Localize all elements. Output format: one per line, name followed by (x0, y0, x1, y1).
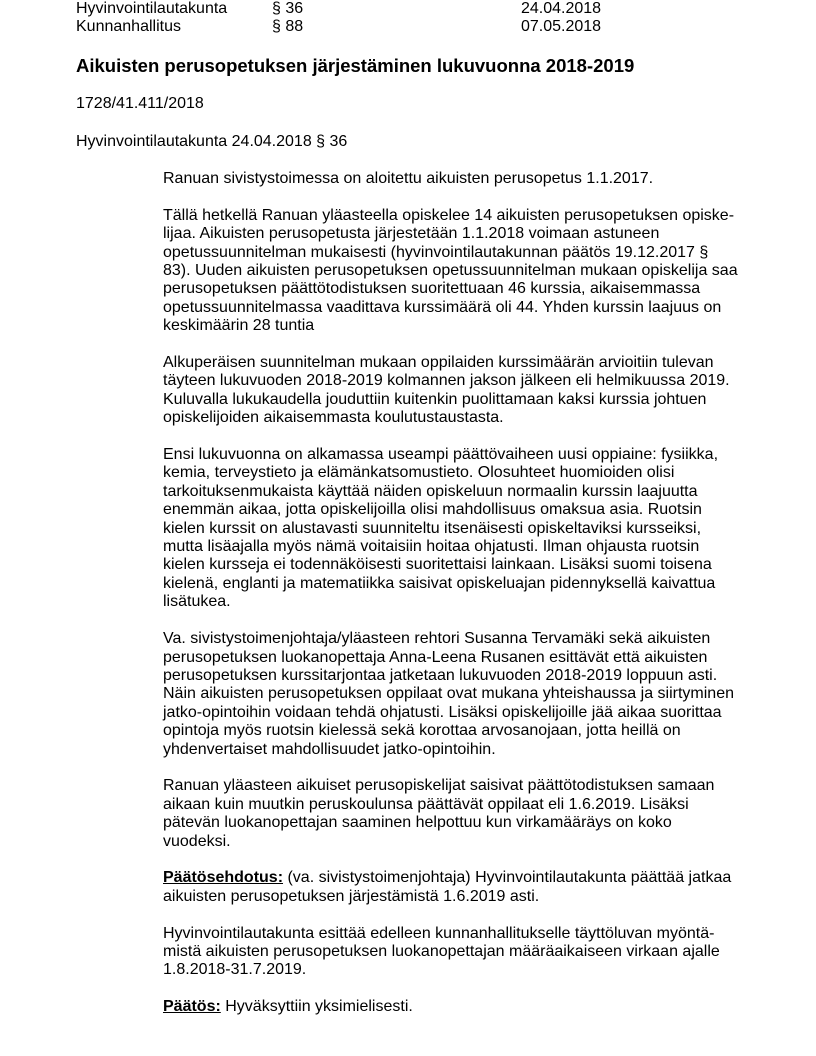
meeting-reference: Hyvinvointilautakunta 24.04.2018 § 36 (76, 133, 347, 151)
body-paragraph: Ranuan yläasteen aikuiset perusopiskelij… (163, 777, 763, 851)
header-date: 24.04.2018 (521, 0, 601, 18)
decision-proposal: Päätösehdotus: (va. sivistystoimenjohtaj… (163, 869, 763, 906)
body-paragraph: Va. sivistystoimenjohtaja/yläasteen reht… (163, 630, 763, 759)
document-title: Aikuisten perusopetuksen järjestäminen l… (76, 54, 634, 78)
header-body-name: Hyvinvointilautakunta (76, 0, 227, 18)
document-body: Ranuan sivistystoimessa on aloitettu aik… (163, 170, 763, 1035)
header-section: § 88 (272, 18, 303, 36)
decision: Päätös: Hyväksyttiin yksimielisesti. (163, 998, 763, 1016)
decision-label: Päätös: (163, 998, 221, 1015)
header-date: 07.05.2018 (521, 18, 601, 36)
record-number: 1728/41.411/2018 (76, 95, 204, 113)
header-section: § 36 (272, 0, 303, 18)
body-paragraph: Ensi lukuvuonna on alkamassa useampi pää… (163, 446, 763, 612)
header-body-name: Kunnanhallitus (76, 18, 181, 36)
body-paragraph: Tällä hetkellä Ranuan yläasteella opiske… (163, 207, 763, 336)
decision-text: Hyväksyttiin yksimielisesti. (221, 998, 413, 1015)
body-paragraph: Ranuan sivistystoimessa on aloitettu aik… (163, 170, 763, 188)
body-paragraph: Hyvinvointilautakunta esittää edelleen k… (163, 925, 763, 980)
body-paragraph: Alkuperäisen suunnitelman mukaan oppilai… (163, 354, 763, 428)
proposal-label: Päätösehdotus: (163, 869, 283, 886)
